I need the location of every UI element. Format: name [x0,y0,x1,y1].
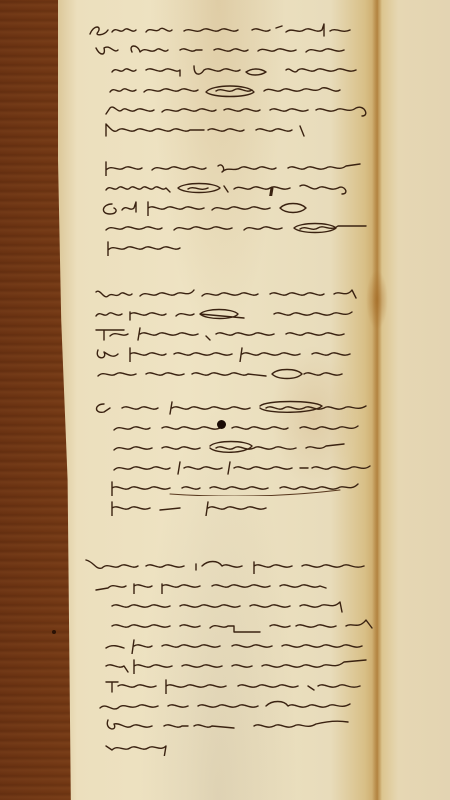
script-line: ... ... ... ... ... [110,480,370,496]
script-line: ... ... ... ... ... [104,220,374,236]
handwriting-strokes [112,460,372,476]
handwriting-strokes [104,122,344,138]
handwriting-strokes [104,220,374,236]
script-line: ...o Ffr(anci)s(cu)s ... et vobis ... ..… [92,42,362,58]
handwriting-strokes [110,480,370,496]
handwriting-strokes [104,740,224,756]
script-line: ... ... ... ... ... ... [94,286,364,302]
script-line: ... [104,240,224,256]
script-line: ... ... ... ... ... ... [104,638,374,654]
handwriting-strokes [104,240,224,256]
handwriting-strokes [88,22,358,38]
handwriting-strokes [110,62,360,78]
script-line: ... ... ... ... ... ... [110,618,380,634]
script-line: Sub pena eius(dem) dominus vero a(n)no [88,22,358,38]
script-line: ... ... ... ... ... [112,420,362,436]
handwriting-strokes [112,440,362,456]
script-line: ... ... ... ... [104,718,374,734]
adjacent-page [376,0,450,800]
script-line: ... ... ... ... ... ... [104,160,374,176]
script-line: ... ... ... ... ... [112,440,362,456]
script-line: ... ... ... ... ... [100,200,370,216]
handwriting-strokes [110,500,310,516]
handwriting-strokes [108,82,358,98]
handwriting-strokes [110,618,380,634]
script-line: ... ... ... ... ... ... [84,558,374,574]
script-line: ... ... ... ... ... [94,306,364,322]
script-line: ... ... ... [110,500,310,516]
script-line: ... ... ... ... ... ... [94,400,374,416]
script-line: ... p(re)sentibus ... ... ... ... [104,122,344,138]
handwriting-strokes [100,200,370,216]
handwriting-strokes [94,578,364,594]
script-line: ... ... ... ... ... ... [104,658,374,674]
photo-scene: Sub pena eius(dem) dominus vero a(n)no .… [0,0,450,800]
script-line: ... ... ... ... ... [94,578,364,594]
script-line: ... ... ... ... ... ... [104,678,374,694]
handwriting-strokes [94,346,354,362]
handwriting-strokes [104,718,374,734]
handwriting-strokes [112,420,362,436]
script-line: om(n)ia ... ... ... ... ... ... ... [108,82,358,98]
handwriting-strokes [98,698,368,714]
wood-knot [52,630,56,634]
handwriting-strokes [94,400,374,416]
handwriting-strokes [104,102,374,118]
script-line: ... ... ... q(ui)n ... ... ... ... ... [104,102,374,118]
script-line: ... ... ... ... ... ... [94,346,354,362]
handwriting-strokes [104,160,374,176]
script-line: ... ... ... ... ... ... [94,326,354,342]
fold-stain [366,270,388,330]
script-line: ...ir(?) p(re)ditam ... ... ... p(ro)mis… [110,62,360,78]
handwriting-strokes [96,366,346,382]
script-line: ... ... ... ... ... ... [112,460,372,476]
handwriting-strokes [104,638,374,654]
handwriting-strokes [94,306,364,322]
handwriting-strokes [94,286,364,302]
script-line: ... ... ... ... ... ... [96,366,346,382]
script-line: ... ... ... ... [110,598,360,614]
handwriting-strokes [94,326,354,342]
handwriting-strokes [104,658,374,674]
handwriting-strokes [104,678,374,694]
ink-blot [217,420,226,429]
handwriting-strokes [104,180,374,196]
handwriting-strokes [92,42,362,58]
script-line: ... [104,740,224,756]
handwriting-strokes [110,598,360,614]
handwriting-strokes [84,558,374,574]
script-line: ... ... ... ... ... ... [104,180,374,196]
script-line: ... ... ... ... ... [98,698,368,714]
